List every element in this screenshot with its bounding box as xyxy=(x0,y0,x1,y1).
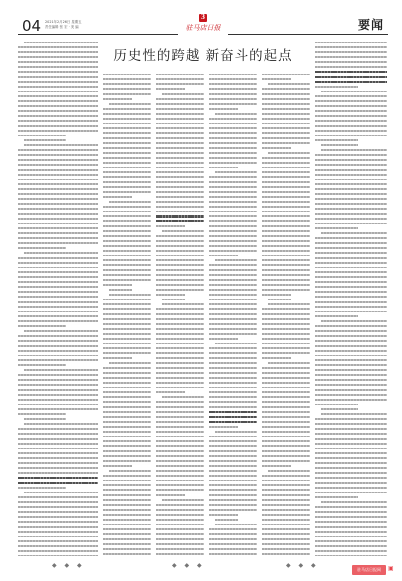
watermark-text: 驻马店日报网 xyxy=(352,565,386,575)
newspaper-page: 04 2021年2月26日 星期五 责任编辑 张 宏 · 美 编 3 驻马店日报… xyxy=(0,0,402,581)
text-column-6 xyxy=(315,40,387,556)
text-line xyxy=(315,554,387,556)
continuation-marks-2: ◆ ◆ ◆ xyxy=(172,562,205,569)
header-rule-left xyxy=(18,34,178,35)
issue-meta: 2021年2月26日 星期五 责任编辑 张 宏 · 美 编 xyxy=(45,20,105,30)
section-title: 要闻 xyxy=(358,16,384,33)
page-number: 04 xyxy=(22,17,41,35)
article-headline: 历史性的跨越 新奋斗的起点 xyxy=(108,44,298,64)
masthead-logo: 3 驻马店日报 xyxy=(178,14,228,38)
text-column-5 xyxy=(262,72,310,556)
watermark-logo-icon: ▣ xyxy=(388,565,394,572)
text-column-2 xyxy=(103,72,151,556)
page-header: 04 2021年2月26日 星期五 责任编辑 张 宏 · 美 编 3 驻马店日报… xyxy=(0,0,402,36)
continuation-marks-1: ◆ ◆ ◆ xyxy=(52,562,85,569)
text-line xyxy=(156,551,204,556)
masthead-name: 驻马店日报 xyxy=(178,23,228,33)
text-line xyxy=(209,551,257,556)
text-column-3 xyxy=(156,72,204,556)
masthead-mark-icon: 3 xyxy=(199,14,207,22)
watermark: 驻马店日报网 xyxy=(352,565,386,575)
text-column-1 xyxy=(18,40,98,556)
text-line xyxy=(262,551,310,556)
text-line xyxy=(18,554,98,556)
header-rule-right xyxy=(228,34,388,35)
continuation-marks-3: ◆ ◆ ◆ xyxy=(286,562,319,569)
text-line xyxy=(103,551,151,556)
editors-line: 责任编辑 张 宏 · 美 编 xyxy=(45,25,105,30)
text-column-4 xyxy=(209,72,257,556)
